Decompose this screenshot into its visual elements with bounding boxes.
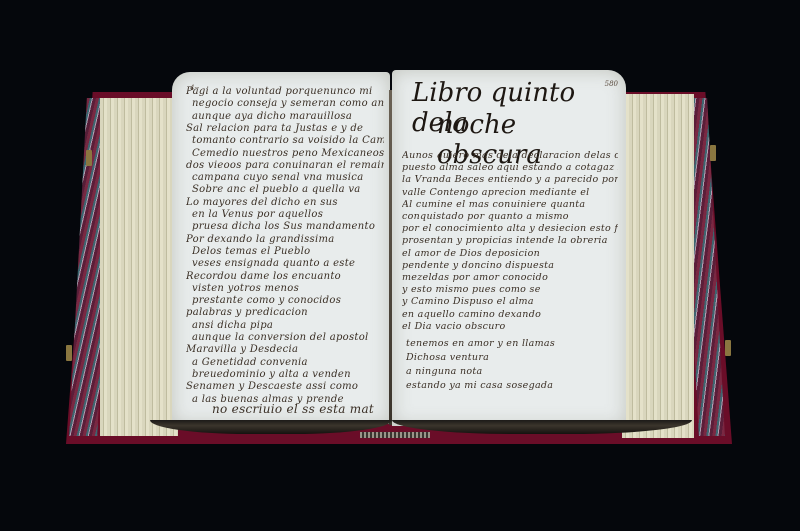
- manuscript-line: el Dia vacio obscuro: [402, 321, 618, 335]
- right-page: 580 Libro quinto dela noche obscura Auno…: [392, 70, 626, 426]
- catchword: no escriuio el ss esta mat: [212, 402, 390, 416]
- clasp-left-top: [86, 150, 92, 166]
- page-edges-left: [100, 98, 178, 436]
- clasp-right-bottom: [725, 340, 731, 356]
- clasp-right-top: [710, 145, 716, 161]
- closing-line: estando ya mi casa sosegada: [406, 380, 626, 394]
- closing-line: a ninguna nota: [406, 366, 626, 380]
- page-edges-right: [622, 94, 694, 438]
- closing-line: Dichosa ventura: [406, 352, 626, 366]
- gutter: [389, 90, 392, 425]
- clasp-left-bottom: [66, 345, 72, 361]
- manuscript-photo: 4-- Pagi a la voluntad porquenunco mineg…: [0, 0, 800, 531]
- left-page: 4-- Pagi a la voluntad porquenunco mineg…: [172, 72, 390, 424]
- closing-line: tenemos en amor y en llamas: [406, 338, 626, 352]
- headband: [360, 432, 430, 438]
